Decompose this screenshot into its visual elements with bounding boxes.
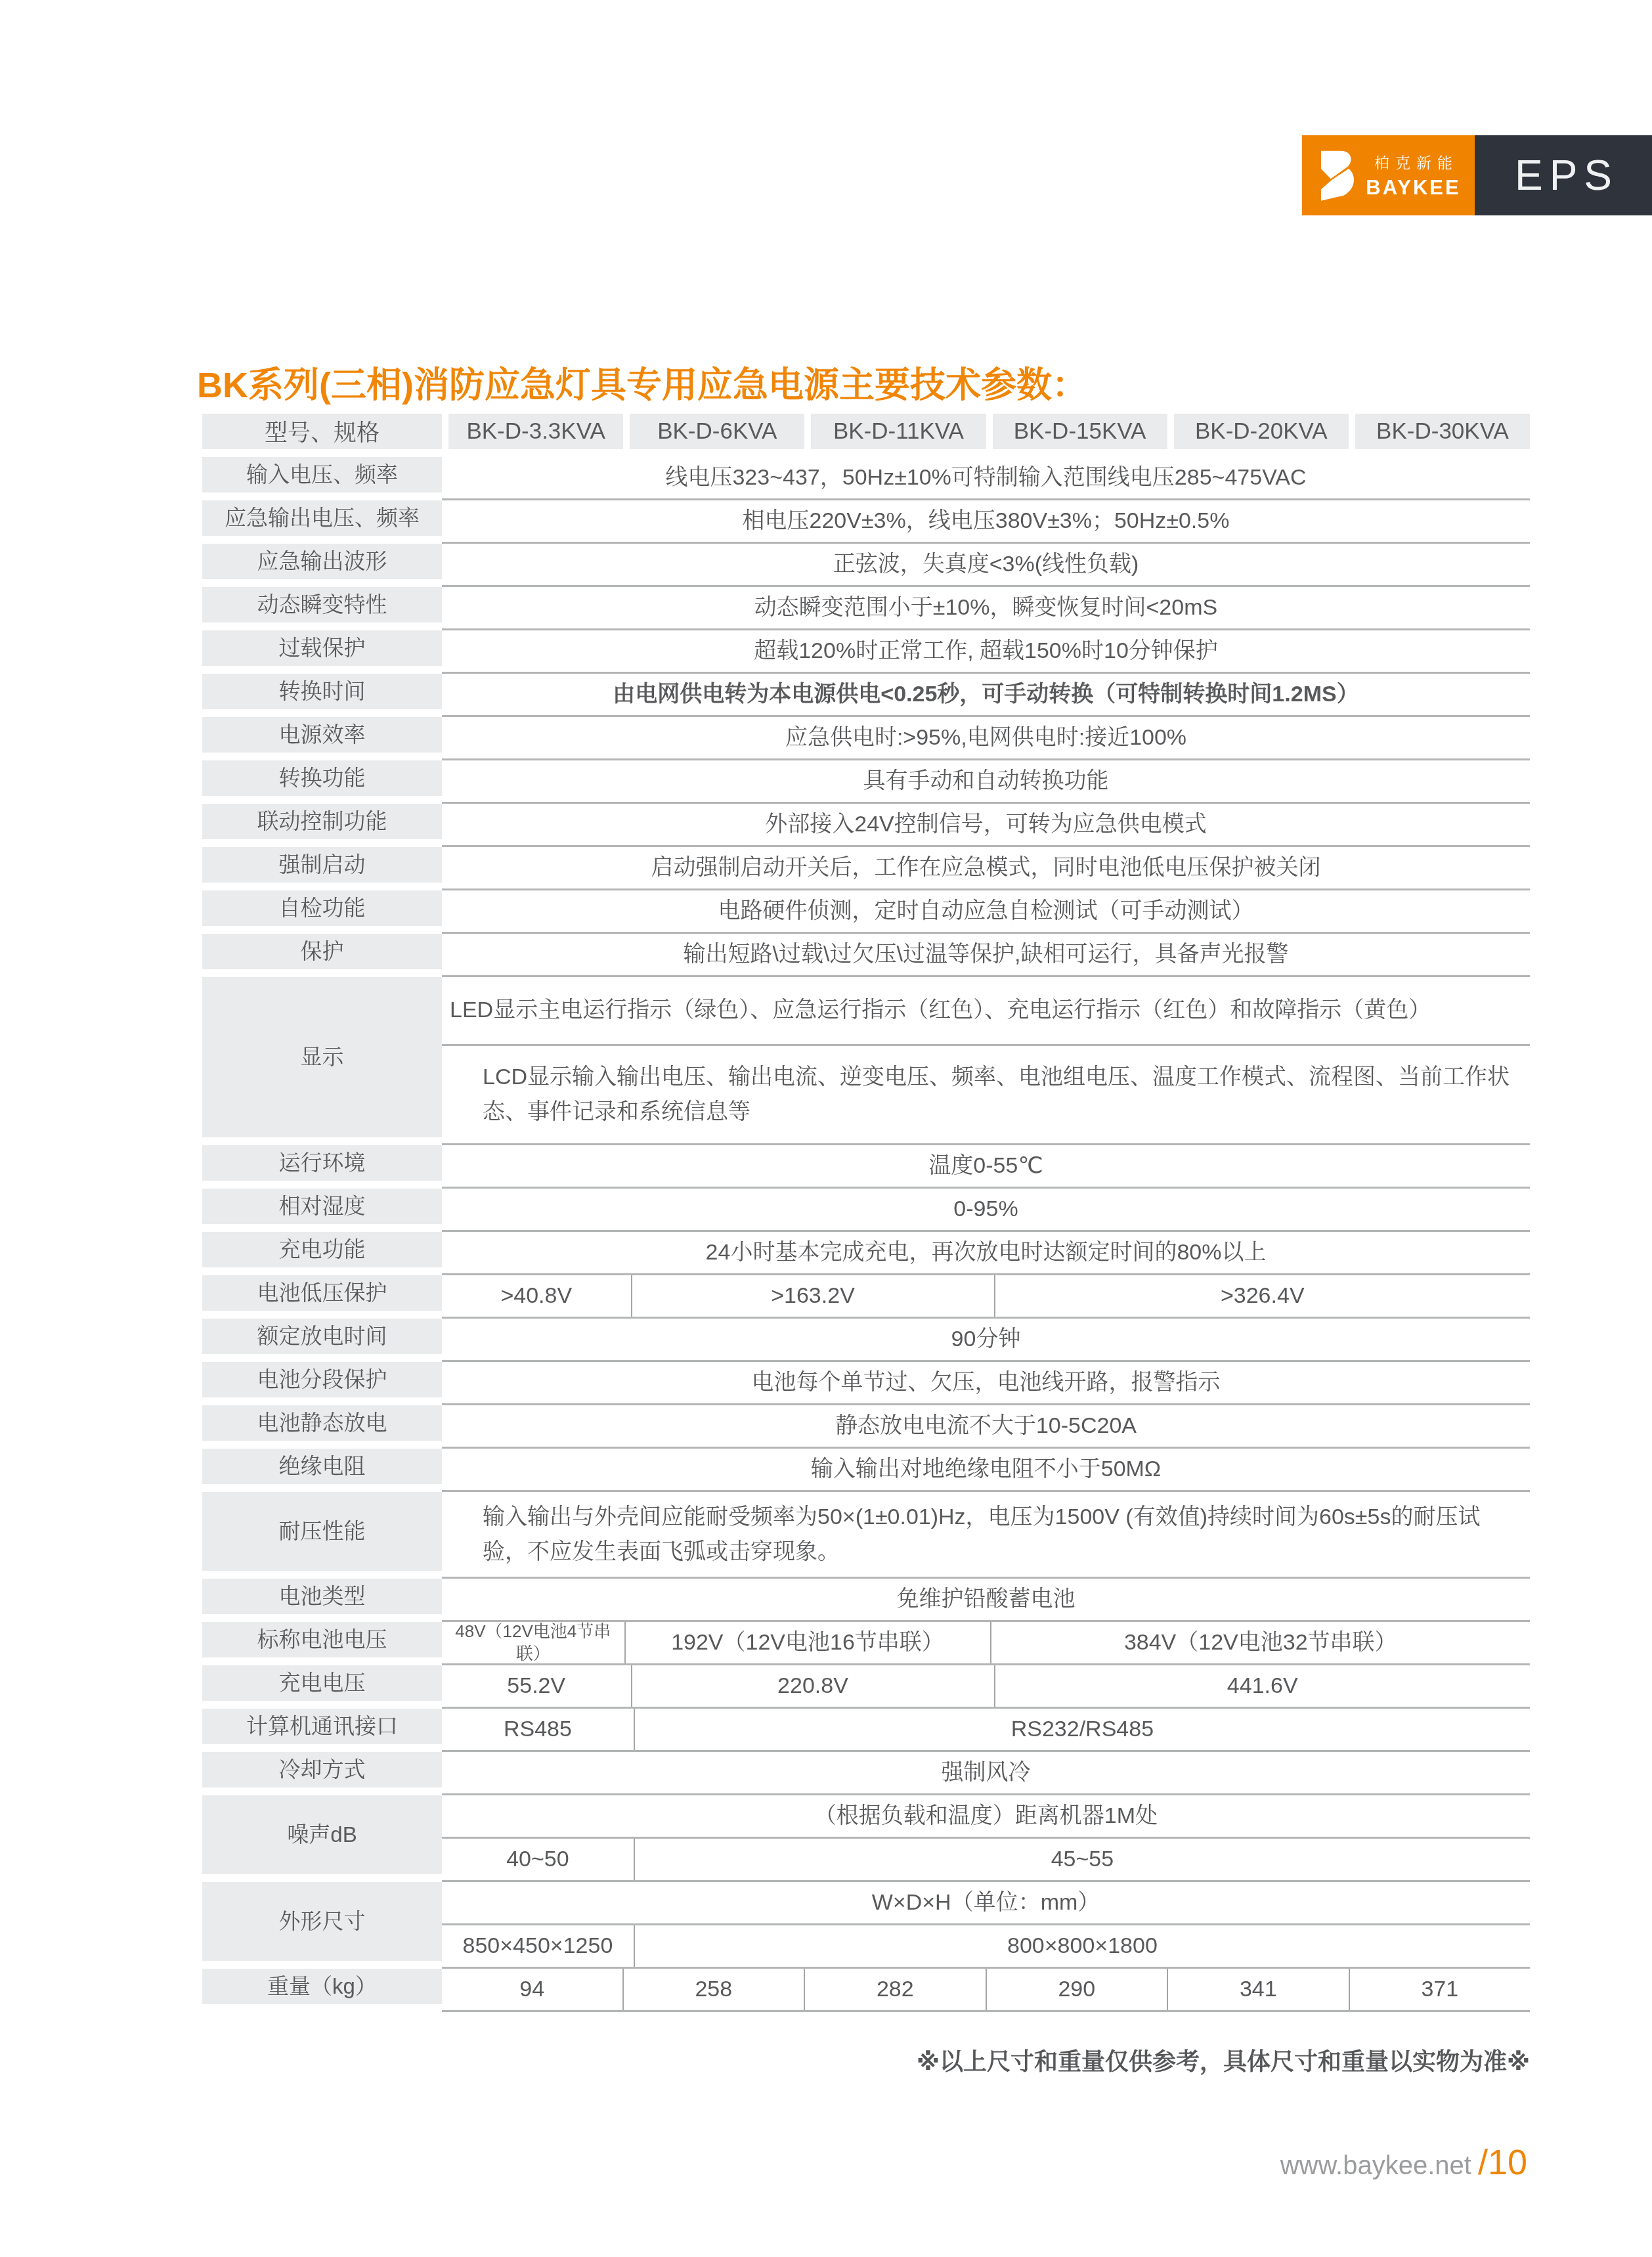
row-label: 自检功能 — [202, 890, 442, 926]
value-subrow: （根据负载和温度）距离机器1M处 — [442, 1795, 1530, 1837]
logo-english-name: BAYKEE — [1366, 176, 1460, 200]
table-row: 显示LED显示主电运行指示（绿色）、应急运行指示（红色）、充电运行指示（红色）和… — [202, 977, 1530, 1145]
row-values: RS485RS232/RS485 — [442, 1709, 1530, 1752]
value-cell: 220.8V — [631, 1665, 994, 1707]
row-label-cell: 额定放电时间 — [202, 1319, 442, 1362]
value-subrow: >40.8V>163.2V>326.4V — [442, 1275, 1530, 1317]
row-label: 相对湿度 — [202, 1189, 442, 1224]
table-row: 外形尺寸W×D×H（单位：mm）850×450×1250800×800×1800 — [202, 1882, 1530, 1969]
value-subrow: 55.2V220.8V441.6V — [442, 1665, 1530, 1707]
value-cell: LED显示主电运行指示（绿色）、应急运行指示（红色）、充电运行指示（红色）和故障… — [442, 977, 1530, 1044]
table-row: 转换时间由电网供电转为本电源供电<0.25秒，可手动转换（可特制转换时间1.2M… — [202, 674, 1530, 717]
row-values: 线电压323~437，50Hz±10%可特制输入范围线电压285~475VAC — [442, 457, 1530, 500]
row-values: 电路硬件侦测，定时自动应急自检测试（可手动测试） — [442, 890, 1530, 934]
header-cell: BK-D-6KVA — [630, 414, 804, 457]
value-cell: RS232/RS485 — [634, 1709, 1530, 1750]
row-label: 耐压性能 — [202, 1492, 442, 1571]
row-label-cell: 联动控制功能 — [202, 804, 442, 847]
row-label: 应急输出电压、频率 — [202, 500, 442, 536]
row-label: 充电电压 — [202, 1665, 442, 1701]
table-row: 动态瞬变特性动态瞬变范围小于±10%，瞬变恢复时间<20mS — [202, 587, 1530, 630]
table-row: 耐压性能输入输出与外壳间应能耐受频率为50×(1±0.01)Hz，电压为1500… — [202, 1492, 1530, 1579]
header-cell-label: BK-D-6KVA — [630, 414, 804, 449]
value-cell: 免维护铅酸蓄电池 — [442, 1579, 1530, 1620]
value-subrow: 超载120%时正常工作, 超载150%时10分钟保护 — [442, 630, 1530, 672]
value-cell: >163.2V — [631, 1275, 994, 1317]
value-cell: 启动强制启动开关后，工作在应急模式，同时电池低电压保护被关闭 — [442, 847, 1530, 888]
value-cell: 正弦波，失真度<3%(线性负载) — [442, 544, 1530, 585]
table-row: 噪声dB（根据负载和温度）距离机器1M处40~5045~55 — [202, 1795, 1530, 1882]
value-subrow: 相电压220V±3%，线电压380V±3%；50Hz±0.5% — [442, 500, 1530, 542]
header-cell-label: BK-D-3.3KVA — [448, 414, 623, 449]
row-label-cell: 电池静态放电 — [202, 1405, 442, 1449]
row-label-cell: 电源效率 — [202, 717, 442, 760]
row-values: 超载120%时正常工作, 超载150%时10分钟保护 — [442, 630, 1530, 674]
value-cell: 输入输出对地绝缘电阻不小于50MΩ — [442, 1449, 1530, 1490]
value-subrow: 应急供电时:>95%,电网供电时:接近100% — [442, 717, 1530, 758]
row-label-cell: 保护 — [202, 934, 442, 977]
value-cell: 输入输出与外壳间应能耐受频率为50×(1±0.01)Hz，电压为1500V (有… — [442, 1492, 1530, 1577]
value-subrow: 90分钟 — [442, 1319, 1530, 1360]
spec-table: 型号、规格BK-D-3.3KVABK-D-6KVABK-D-11KVABK-D-… — [202, 414, 1530, 2012]
row-label-cell: 电池类型 — [202, 1579, 442, 1622]
header-cell: BK-D-11KVA — [811, 414, 986, 457]
row-values: 外部接入24V控制信号，可转为应急供电模式 — [442, 804, 1530, 847]
row-values: 输入输出对地绝缘电阻不小于50MΩ — [442, 1449, 1530, 1492]
value-subrow: 静态放电电流不大于10-5C20A — [442, 1405, 1530, 1447]
value-subrow: 外部接入24V控制信号，可转为应急供电模式 — [442, 804, 1530, 845]
value-subrow: 启动强制启动开关后，工作在应急模式，同时电池低电压保护被关闭 — [442, 847, 1530, 888]
value-subrow: 输出短路\过载\过欠压\过温等保护,缺相可运行，具备声光报警 — [442, 934, 1530, 975]
table-row: 过载保护超载120%时正常工作, 超载150%时10分钟保护 — [202, 630, 1530, 674]
table-row: 转换功能具有手动和自动转换功能 — [202, 760, 1530, 804]
table-row: 充电功能24小时基本完成充电，再次放电时达额定时间的80%以上 — [202, 1232, 1530, 1275]
row-label: 转换时间 — [202, 674, 442, 709]
value-cell: 24小时基本完成充电，再次放电时达额定时间的80%以上 — [442, 1232, 1530, 1273]
value-cell: 90分钟 — [442, 1319, 1530, 1360]
value-cell: >326.4V — [994, 1275, 1531, 1317]
row-label-cell: 运行环境 — [202, 1145, 442, 1189]
row-label-cell: 自检功能 — [202, 890, 442, 934]
note: ※以上尺寸和重量仅供参考，具体尺寸和重量以实物为准※ — [917, 2044, 1530, 2077]
row-values: 24小时基本完成充电，再次放电时达额定时间的80%以上 — [442, 1232, 1530, 1275]
value-subrow: W×D×H（单位：mm） — [442, 1882, 1530, 1923]
footer-url: www.baykee.net — [1280, 2151, 1471, 2181]
header-cell: 型号、规格 — [202, 414, 442, 457]
value-cell: 静态放电电流不大于10-5C20A — [442, 1405, 1530, 1447]
value-subrow: 动态瞬变范围小于±10%，瞬变恢复时间<20mS — [442, 587, 1530, 628]
row-label: 电池低压保护 — [202, 1275, 442, 1311]
value-subrow: 输入输出与外壳间应能耐受频率为50×(1±0.01)Hz，电压为1500V (有… — [442, 1492, 1530, 1577]
value-subrow: 由电网供电转为本电源供电<0.25秒，可手动转换（可特制转换时间1.2MS） — [442, 674, 1530, 715]
row-label-cell: 过载保护 — [202, 630, 442, 674]
value-cell: 45~55 — [634, 1839, 1530, 1880]
value-cell: 192V（12V电池16节串联） — [624, 1622, 990, 1663]
value-subrow: 强制风冷 — [442, 1752, 1530, 1793]
value-cell: 282 — [804, 1969, 986, 2010]
value-cell: 341 — [1167, 1969, 1349, 2010]
value-subrow: 具有手动和自动转换功能 — [442, 760, 1530, 802]
table-row: 电池类型免维护铅酸蓄电池 — [202, 1579, 1530, 1622]
logo-b-icon — [1316, 149, 1355, 202]
eps-badge: EPS — [1475, 135, 1652, 215]
value-subrow: 850×450×1250800×800×1800 — [442, 1923, 1530, 1967]
value-subrow: LED显示主电运行指示（绿色）、应急运行指示（红色）、充电运行指示（红色）和故障… — [442, 977, 1530, 1044]
table-row: 输入电压、频率线电压323~437，50Hz±10%可特制输入范围线电压285~… — [202, 457, 1530, 500]
row-values: 启动强制启动开关后，工作在应急模式，同时电池低电压保护被关闭 — [442, 847, 1530, 890]
value-cell: 0-95% — [442, 1189, 1530, 1230]
row-values: 强制风冷 — [442, 1752, 1530, 1795]
row-label: 强制启动 — [202, 847, 442, 883]
table-row: 电池分段保护电池每个单节过、欠压，电池线开路，报警指示 — [202, 1362, 1530, 1405]
header-cell-label: BK-D-20KVA — [1174, 414, 1349, 449]
value-cell: 384V（12V电池32节串联） — [990, 1622, 1531, 1663]
row-label: 电池分段保护 — [202, 1362, 442, 1397]
row-label-cell: 重量（kg） — [202, 1969, 442, 2012]
row-label: 输入电压、频率 — [202, 457, 442, 493]
value-subrow: 正弦波，失真度<3%(线性负载) — [442, 544, 1530, 585]
row-label-cell: 强制启动 — [202, 847, 442, 890]
row-label: 过载保护 — [202, 630, 442, 666]
value-cell: 线电压323~437，50Hz±10%可特制输入范围线电压285~475VAC — [442, 457, 1530, 498]
row-label-cell: 标称电池电压 — [202, 1622, 442, 1665]
row-label: 重量（kg） — [202, 1969, 442, 2004]
row-values: 电池每个单节过、欠压，电池线开路，报警指示 — [442, 1362, 1530, 1405]
value-cell: 温度0-55℃ — [442, 1145, 1530, 1187]
table-row: 自检功能电路硬件侦测，定时自动应急自检测试（可手动测试） — [202, 890, 1530, 934]
row-label: 电池类型 — [202, 1579, 442, 1614]
row-label-cell: 绝缘电阻 — [202, 1449, 442, 1492]
table-row: 相对湿度0-95% — [202, 1189, 1530, 1232]
value-cell: 371 — [1349, 1969, 1531, 2010]
row-values: 应急供电时:>95%,电网供电时:接近100% — [442, 717, 1530, 760]
value-subrow: 0-95% — [442, 1189, 1530, 1230]
row-values: 输入输出与外壳间应能耐受频率为50×(1±0.01)Hz，电压为1500V (有… — [442, 1492, 1530, 1579]
row-values: 正弦波，失真度<3%(线性负载) — [442, 544, 1530, 587]
logo-chinese-name: 柏克新能 — [1368, 151, 1458, 173]
value-cell: 外部接入24V控制信号，可转为应急供电模式 — [442, 804, 1530, 845]
table-row: 联动控制功能外部接入24V控制信号，可转为应急供电模式 — [202, 804, 1530, 847]
row-label-cell: 充电功能 — [202, 1232, 442, 1275]
header-cell: BK-D-20KVA — [1174, 414, 1349, 457]
row-label-cell: 转换时间 — [202, 674, 442, 717]
value-cell: 441.6V — [994, 1665, 1531, 1707]
logo-text: 柏克新能 BAYKEE — [1366, 151, 1460, 200]
row-label-cell: 应急输出电压、频率 — [202, 500, 442, 544]
value-cell: 超载120%时正常工作, 超载150%时10分钟保护 — [442, 630, 1530, 672]
eps-badge-label: EPS — [1508, 151, 1619, 200]
row-label-cell: 输入电压、频率 — [202, 457, 442, 500]
row-label-cell: 充电电压 — [202, 1665, 442, 1709]
row-label-cell: 电池低压保护 — [202, 1275, 442, 1319]
row-label-cell: 显示 — [202, 977, 442, 1145]
row-label: 转换功能 — [202, 760, 442, 796]
value-cell: 具有手动和自动转换功能 — [442, 760, 1530, 802]
value-subrow: 线电压323~437，50Hz±10%可特制输入范围线电压285~475VAC — [442, 457, 1530, 498]
row-values: 动态瞬变范围小于±10%，瞬变恢复时间<20mS — [442, 587, 1530, 630]
table-row: 电池静态放电静态放电电流不大于10-5C20A — [202, 1405, 1530, 1449]
row-label-cell: 噪声dB — [202, 1795, 442, 1882]
row-label: 额定放电时间 — [202, 1319, 442, 1354]
row-label: 显示 — [202, 977, 442, 1137]
value-cell: 应急供电时:>95%,电网供电时:接近100% — [442, 717, 1530, 758]
table-row: 额定放电时间90分钟 — [202, 1319, 1530, 1362]
value-cell: 290 — [986, 1969, 1167, 2010]
value-cell: 强制风冷 — [442, 1752, 1530, 1793]
table-row: 冷却方式强制风冷 — [202, 1752, 1530, 1795]
row-values: >40.8V>163.2V>326.4V — [442, 1275, 1530, 1319]
header-cell: BK-D-3.3KVA — [448, 414, 623, 457]
value-subrow: 温度0-55℃ — [442, 1145, 1530, 1187]
table-header-row: 型号、规格BK-D-3.3KVABK-D-6KVABK-D-11KVABK-D-… — [202, 414, 1530, 457]
value-subrow: 40~5045~55 — [442, 1837, 1530, 1880]
row-label: 噪声dB — [202, 1795, 442, 1874]
value-cell: 电路硬件侦测，定时自动应急自检测试（可手动测试） — [442, 890, 1530, 932]
header-cell-label: 型号、规格 — [202, 414, 442, 449]
value-subrow: 电池每个单节过、欠压，电池线开路，报警指示 — [442, 1362, 1530, 1403]
value-subrow: 24小时基本完成充电，再次放电时达额定时间的80%以上 — [442, 1232, 1530, 1273]
row-label-cell: 冷却方式 — [202, 1752, 442, 1795]
header-cell: BK-D-30KVA — [1355, 414, 1530, 457]
value-cell: 800×800×1800 — [634, 1925, 1530, 1967]
row-label: 运行环境 — [202, 1145, 442, 1181]
page-title: BK系列(三相)消防应急灯具专用应急电源主要技术参数： — [197, 357, 1087, 408]
row-label-cell: 转换功能 — [202, 760, 442, 804]
value-cell: LCD显示输入输出电压、输出电流、逆变电压、频率、电池组电压、温度工作模式、流程… — [442, 1046, 1530, 1143]
value-cell: （根据负载和温度）距离机器1M处 — [442, 1795, 1530, 1837]
value-cell: >40.8V — [442, 1275, 631, 1317]
row-label: 应急输出波形 — [202, 544, 442, 579]
value-subrow: 电路硬件侦测，定时自动应急自检测试（可手动测试） — [442, 890, 1530, 932]
table-row: 标称电池电压48V（12V电池4节串联）192V（12V电池16节串联）384V… — [202, 1622, 1530, 1665]
value-cell: 电池每个单节过、欠压，电池线开路，报警指示 — [442, 1362, 1530, 1403]
value-cell: 850×450×1250 — [442, 1925, 634, 1967]
table-row: 重量（kg）94258282290341371 — [202, 1969, 1530, 2012]
value-subrow: 48V（12V电池4节串联）192V（12V电池16节串联）384V（12V电池… — [442, 1622, 1530, 1663]
value-cell: RS485 — [442, 1709, 634, 1750]
table-row: 强制启动启动强制启动开关后，工作在应急模式，同时电池低电压保护被关闭 — [202, 847, 1530, 890]
row-label: 电池静态放电 — [202, 1405, 442, 1441]
row-label-cell: 应急输出波形 — [202, 544, 442, 587]
row-values: 48V（12V电池4节串联）192V（12V电池16节串联）384V（12V电池… — [442, 1622, 1530, 1665]
footer-page-number: /10 — [1478, 2142, 1527, 2183]
row-label-cell: 相对湿度 — [202, 1189, 442, 1232]
row-label: 电源效率 — [202, 717, 442, 753]
value-cell: 相电压220V±3%，线电压380V±3%；50Hz±0.5% — [442, 500, 1530, 542]
row-label: 充电功能 — [202, 1232, 442, 1267]
value-subrow: LCD显示输入输出电压、输出电流、逆变电压、频率、电池组电压、温度工作模式、流程… — [442, 1044, 1530, 1143]
footer: www.baykee.net /10 — [1280, 2142, 1527, 2183]
row-label-cell: 电池分段保护 — [202, 1362, 442, 1405]
row-label: 外形尺寸 — [202, 1882, 442, 1961]
row-values: 94258282290341371 — [442, 1969, 1530, 2012]
value-cell: 258 — [622, 1969, 804, 2010]
row-label: 动态瞬变特性 — [202, 587, 442, 623]
row-label-cell: 动态瞬变特性 — [202, 587, 442, 630]
header-cell-label: BK-D-30KVA — [1355, 414, 1530, 449]
row-label-cell: 外形尺寸 — [202, 1882, 442, 1969]
row-label: 计算机通讯接口 — [202, 1709, 442, 1744]
row-values: 相电压220V±3%，线电压380V±3%；50Hz±0.5% — [442, 500, 1530, 544]
value-cell: 94 — [442, 1969, 622, 2010]
header-cell-label: BK-D-11KVA — [811, 414, 986, 449]
brand-logo: 柏克新能 BAYKEE — [1302, 135, 1475, 215]
row-values: 温度0-55℃ — [442, 1145, 1530, 1189]
row-label: 绝缘电阻 — [202, 1449, 442, 1484]
row-label: 标称电池电压 — [202, 1622, 442, 1657]
row-label-cell: 耐压性能 — [202, 1492, 442, 1579]
value-cell: 48V（12V电池4节串联） — [442, 1622, 624, 1663]
value-subrow: 免维护铅酸蓄电池 — [442, 1579, 1530, 1620]
row-values: W×D×H（单位：mm）850×450×1250800×800×1800 — [442, 1882, 1530, 1969]
page: 柏克新能 BAYKEE EPS BK系列(三相)消防应急灯具专用应急电源主要技术… — [0, 0, 1652, 2257]
brand-bar: 柏克新能 BAYKEE EPS — [1302, 135, 1652, 215]
row-values: 具有手动和自动转换功能 — [442, 760, 1530, 804]
value-cell: 输出短路\过载\过欠压\过温等保护,缺相可运行，具备声光报警 — [442, 934, 1530, 975]
row-values: LED显示主电运行指示（绿色）、应急运行指示（红色）、充电运行指示（红色）和故障… — [442, 977, 1530, 1145]
row-values: 55.2V220.8V441.6V — [442, 1665, 1530, 1709]
row-values: 90分钟 — [442, 1319, 1530, 1362]
row-label: 联动控制功能 — [202, 804, 442, 839]
row-label-cell: 计算机通讯接口 — [202, 1709, 442, 1752]
table-row: 应急输出电压、频率相电压220V±3%，线电压380V±3%；50Hz±0.5% — [202, 500, 1530, 544]
value-subrow: RS485RS232/RS485 — [442, 1709, 1530, 1750]
table-row: 运行环境温度0-55℃ — [202, 1145, 1530, 1189]
row-values: （根据负载和温度）距离机器1M处40~5045~55 — [442, 1795, 1530, 1882]
value-cell: 动态瞬变范围小于±10%，瞬变恢复时间<20mS — [442, 587, 1530, 628]
row-label: 保护 — [202, 934, 442, 969]
table-row: 电源效率应急供电时:>95%,电网供电时:接近100% — [202, 717, 1530, 760]
header-cell-label: BK-D-15KVA — [993, 414, 1167, 449]
table-row: 绝缘电阻输入输出对地绝缘电阻不小于50MΩ — [202, 1449, 1530, 1492]
row-values: 由电网供电转为本电源供电<0.25秒，可手动转换（可特制转换时间1.2MS） — [442, 674, 1530, 717]
table-row: 保护输出短路\过载\过欠压\过温等保护,缺相可运行，具备声光报警 — [202, 934, 1530, 977]
value-cell: 40~50 — [442, 1839, 634, 1880]
table-row: 充电电压55.2V220.8V441.6V — [202, 1665, 1530, 1709]
row-values: 0-95% — [442, 1189, 1530, 1232]
table-row: 应急输出波形正弦波，失真度<3%(线性负载) — [202, 544, 1530, 587]
table-row: 计算机通讯接口RS485RS232/RS485 — [202, 1709, 1530, 1752]
value-subrow: 输入输出对地绝缘电阻不小于50MΩ — [442, 1449, 1530, 1490]
value-cell: W×D×H（单位：mm） — [442, 1882, 1530, 1923]
header-cell: BK-D-15KVA — [993, 414, 1167, 457]
row-label: 冷却方式 — [202, 1752, 442, 1787]
row-values: 静态放电电流不大于10-5C20A — [442, 1405, 1530, 1449]
value-subrow: 94258282290341371 — [442, 1969, 1530, 2010]
value-cell: 由电网供电转为本电源供电<0.25秒，可手动转换（可特制转换时间1.2MS） — [442, 674, 1530, 715]
row-values: 免维护铅酸蓄电池 — [442, 1579, 1530, 1622]
table-row: 电池低压保护>40.8V>163.2V>326.4V — [202, 1275, 1530, 1319]
row-values: 输出短路\过载\过欠压\过温等保护,缺相可运行，具备声光报警 — [442, 934, 1530, 977]
value-cell: 55.2V — [442, 1665, 631, 1707]
